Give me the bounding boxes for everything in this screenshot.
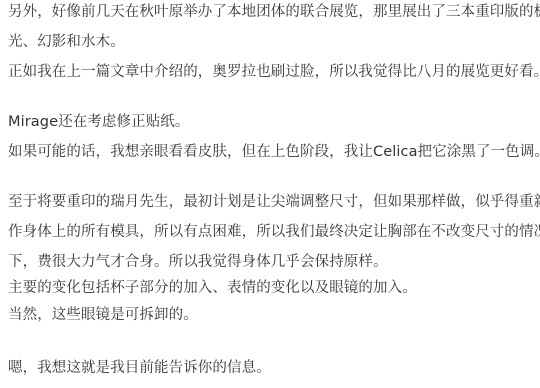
text-line: 下，费很大力气才合身。所以我觉得身体几乎会保持原样。: [8, 252, 388, 272]
text-line: 主要的变化包括杯子部分的加入、表情的变化以及眼镜的加入。: [8, 278, 417, 298]
text-line: 光、幻影和水木。: [8, 32, 125, 52]
text-line: 如果可能的话，我想亲眼看看皮肤，但在上色阶段，我让Celica把它涂黑了一色调。: [8, 142, 540, 162]
text-line: 另外，好像前几天在秋叶原举办了本地团体的联合展览，那里展出了三本重印版的极: [8, 2, 540, 22]
text-line: 正如我在上一篇文章中介绍的，奥罗拉也刷过脸，所以我觉得比八月的展览更好看。: [8, 62, 540, 82]
text-line: 作身体上的所有模具，所以有点困难，所以我们最终决定让胸部在不改变尺寸的情况: [8, 222, 540, 242]
text-line: 至于将要重印的瑞月先生，最初计划是让尖端调整尺寸，但如果那样做，似乎得重新制: [8, 192, 540, 212]
text-line: 当然，这些眼镜是可拆卸的。: [8, 305, 198, 325]
text-line: 嗯，我想这就是我目前能告诉你的信息。: [8, 358, 271, 378]
text-line: Mirage还在考虑修正贴纸。: [8, 112, 190, 132]
